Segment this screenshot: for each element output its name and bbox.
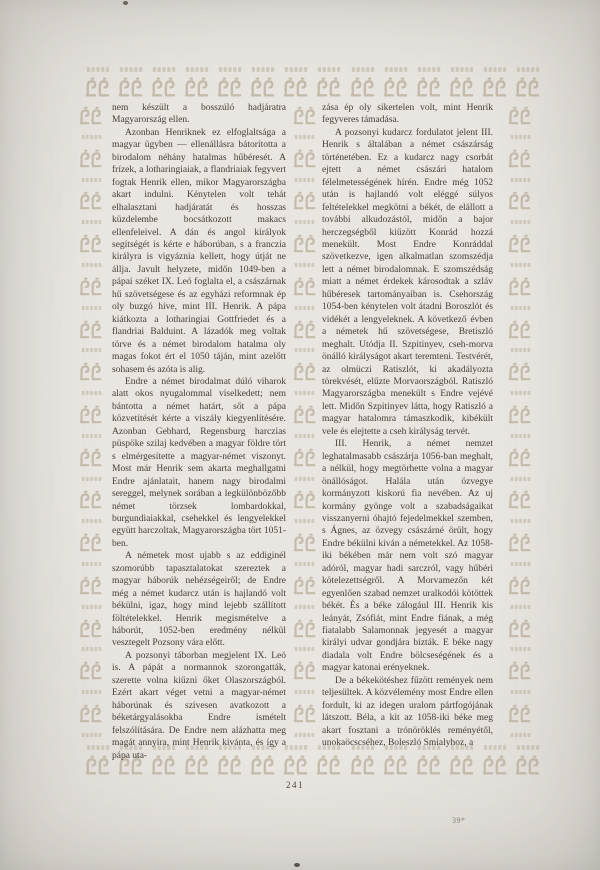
border-ornament-unit — [448, 744, 476, 782]
border-ornament-unit — [382, 744, 410, 782]
tick-bar-ornament-icon — [218, 66, 242, 73]
folk-scroll-motif-icon — [183, 76, 211, 98]
folk-scroll-motif-icon — [507, 619, 533, 638]
tick-bar-ornament-icon — [86, 66, 110, 73]
border-ornament-unit — [514, 744, 542, 782]
border-ornament-unit — [150, 66, 178, 104]
paragraph: III. Henrik, a német nemzet leghatalmasa… — [322, 438, 493, 675]
folk-scroll-motif-icon — [507, 533, 533, 552]
folk-scroll-motif-icon — [514, 76, 542, 98]
ornament-border-top — [84, 66, 542, 104]
folk-scroll-motif-icon — [292, 619, 318, 638]
border-ornament-unit — [216, 66, 244, 104]
tick-bar-ornament-icon — [510, 518, 531, 524]
ornament-border-left — [76, 106, 106, 738]
signature-mark: 39* — [452, 816, 466, 825]
folk-scroll-motif-icon — [507, 576, 533, 595]
tick-bar-ornament-icon — [294, 646, 315, 652]
tick-bar-ornament-icon — [81, 604, 102, 610]
folk-scroll-motif-icon — [78, 191, 104, 210]
folk-scroll-motif-icon — [507, 661, 533, 680]
folk-scroll-motif-icon — [507, 405, 533, 424]
tick-bar-ornament-icon — [81, 561, 102, 567]
border-ornament-unit — [349, 66, 377, 104]
border-ornament-unit — [249, 66, 277, 104]
tick-bar-ornament-icon — [450, 66, 474, 73]
tick-bar-ornament-icon — [294, 219, 315, 225]
tick-bar-ornament-icon — [294, 689, 315, 695]
folk-scroll-motif-icon — [507, 320, 533, 339]
border-ornament-unit — [382, 66, 410, 104]
book-page-photo: nem készült a bosszúló hadjáratra Magyar… — [0, 0, 600, 870]
folk-scroll-motif-icon — [507, 234, 533, 253]
border-ornament-unit — [349, 744, 377, 782]
tick-bar-ornament-icon — [510, 134, 531, 140]
border-ornament-unit — [481, 66, 509, 104]
tick-bar-ornament-icon — [294, 732, 315, 738]
tick-bar-ornament-icon — [152, 66, 176, 73]
tick-bar-ornament-icon — [294, 305, 315, 311]
folk-scroll-motif-icon — [282, 754, 310, 776]
border-ornament-unit — [282, 744, 310, 782]
border-ornament-unit — [448, 66, 476, 104]
folk-scroll-motif-icon — [78, 619, 104, 638]
paragraph: A pozsonyi táborban megjelent IX. Leó is… — [112, 650, 286, 762]
tick-bar-ornament-icon — [81, 305, 102, 311]
tick-bar-ornament-icon — [81, 689, 102, 695]
tick-bar-ornament-icon — [81, 219, 102, 225]
folk-scroll-motif-icon — [292, 149, 318, 168]
folk-scroll-motif-icon — [78, 149, 104, 168]
tick-bar-ornament-icon — [510, 305, 531, 311]
folk-scroll-motif-icon — [292, 576, 318, 595]
tick-bar-ornament-icon — [294, 561, 315, 567]
paragraph: A pozsonyi kudarcz fordulatot jelent III… — [322, 127, 493, 438]
folk-scroll-motif-icon — [78, 490, 104, 509]
folk-scroll-motif-icon — [415, 754, 443, 776]
folk-scroll-motif-icon — [216, 76, 244, 98]
tick-bar-ornament-icon — [81, 177, 102, 183]
tick-bar-ornament-icon — [510, 433, 531, 439]
tick-bar-ornament-icon — [294, 262, 315, 268]
tick-bar-ornament-icon — [294, 518, 315, 524]
tick-bar-ornament-icon — [294, 177, 315, 183]
folk-scroll-motif-icon — [78, 362, 104, 381]
border-ornament-unit — [415, 744, 443, 782]
folk-scroll-motif-icon — [507, 191, 533, 210]
folk-scroll-motif-icon — [78, 661, 104, 680]
tick-bar-ornament-icon — [510, 561, 531, 567]
tick-bar-ornament-icon — [294, 347, 315, 353]
tick-bar-ornament-icon — [510, 177, 531, 183]
folk-scroll-motif-icon — [507, 149, 533, 168]
border-ornament-unit — [282, 66, 310, 104]
tick-bar-ornament-icon — [81, 390, 102, 396]
folk-scroll-motif-icon — [292, 106, 318, 125]
tick-bar-ornament-icon — [284, 66, 308, 73]
tick-bar-ornament-icon — [510, 262, 531, 268]
folk-scroll-motif-icon — [292, 234, 318, 253]
folk-scroll-motif-icon — [349, 754, 377, 776]
tick-bar-ornament-icon — [417, 66, 441, 73]
border-ornament-unit — [481, 744, 509, 782]
tick-bar-ornament-icon — [510, 347, 531, 353]
border-ornament-unit — [315, 66, 343, 104]
folk-scroll-motif-icon — [382, 754, 410, 776]
tick-bar-ornament-icon — [294, 390, 315, 396]
dust-speck — [123, 1, 128, 5]
tick-bar-ornament-icon — [510, 390, 531, 396]
folk-scroll-motif-icon — [507, 277, 533, 296]
tick-bar-ornament-icon — [81, 646, 102, 652]
tick-bar-ornament-icon — [351, 66, 375, 73]
tick-bar-ornament-icon — [294, 604, 315, 610]
folk-scroll-motif-icon — [292, 277, 318, 296]
folk-scroll-motif-icon — [292, 704, 318, 723]
folk-scroll-motif-icon — [292, 320, 318, 339]
tick-bar-ornament-icon — [81, 347, 102, 353]
border-ornament-unit — [183, 66, 211, 104]
tick-bar-ornament-icon — [510, 219, 531, 225]
folk-scroll-motif-icon — [382, 76, 410, 98]
folk-scroll-motif-icon — [78, 277, 104, 296]
folk-scroll-motif-icon — [292, 533, 318, 552]
text-column-right: zása ép oly sikertelen volt, mint Henrik… — [322, 102, 493, 750]
tick-bar-ornament-icon — [294, 476, 315, 482]
folk-scroll-motif-icon — [292, 362, 318, 381]
folk-scroll-motif-icon — [448, 754, 476, 776]
tick-bar-ornament-icon — [516, 66, 540, 73]
paragraph: Endre a német birodalmat dúló viharok al… — [112, 376, 286, 550]
tick-bar-ornament-icon — [251, 66, 275, 73]
paragraph: A németek most ujabb s az eddiginél szom… — [112, 550, 286, 650]
folk-scroll-motif-icon — [292, 191, 318, 210]
folk-scroll-motif-icon — [78, 234, 104, 253]
folk-scroll-motif-icon — [481, 76, 509, 98]
folk-scroll-motif-icon — [78, 448, 104, 467]
folk-scroll-motif-icon — [415, 76, 443, 98]
folk-scroll-motif-icon — [292, 661, 318, 680]
tick-bar-ornament-icon — [81, 433, 102, 439]
folk-scroll-motif-icon — [78, 576, 104, 595]
tick-bar-ornament-icon — [294, 134, 315, 140]
tick-bar-ornament-icon — [81, 518, 102, 524]
border-ornament-unit — [415, 66, 443, 104]
folk-scroll-motif-icon — [78, 320, 104, 339]
tick-bar-ornament-icon — [384, 66, 408, 73]
tick-bar-ornament-icon — [510, 646, 531, 652]
folk-scroll-motif-icon — [292, 490, 318, 509]
folk-scroll-motif-icon — [282, 76, 310, 98]
tick-bar-ornament-icon — [510, 604, 531, 610]
folk-scroll-motif-icon — [507, 490, 533, 509]
page-number: 241 — [240, 780, 350, 790]
folk-scroll-motif-icon — [84, 754, 112, 776]
folk-scroll-motif-icon — [481, 754, 509, 776]
tick-bar-ornament-icon — [81, 476, 102, 482]
border-ornament-unit — [84, 744, 112, 782]
dust-speck — [294, 863, 300, 867]
tick-bar-ornament-icon — [510, 689, 531, 695]
folk-scroll-motif-icon — [292, 405, 318, 424]
tick-bar-ornament-icon — [185, 66, 209, 73]
paragraph: Azonban Henriknek ez elfoglaltsága a mag… — [112, 127, 286, 376]
folk-scroll-motif-icon — [507, 362, 533, 381]
tick-bar-ornament-icon — [294, 433, 315, 439]
folk-scroll-motif-icon — [78, 106, 104, 125]
folk-scroll-motif-icon — [292, 448, 318, 467]
paragraph: De a békekötéshez fűzött remények nem te… — [322, 675, 493, 750]
folk-scroll-motif-icon — [507, 704, 533, 723]
tick-bar-ornament-icon — [483, 66, 507, 73]
tick-bar-ornament-icon — [81, 134, 102, 140]
folk-scroll-motif-icon — [507, 448, 533, 467]
tick-bar-ornament-icon — [86, 744, 110, 751]
folk-scroll-motif-icon — [249, 76, 277, 98]
folk-scroll-motif-icon — [84, 76, 112, 98]
tick-bar-ornament-icon — [516, 744, 540, 751]
tick-bar-ornament-icon — [81, 262, 102, 268]
tick-bar-ornament-icon — [81, 732, 102, 738]
folk-scroll-motif-icon — [507, 106, 533, 125]
ornament-border-gutter — [291, 106, 318, 738]
folk-scroll-motif-icon — [150, 76, 178, 98]
folk-scroll-motif-icon — [349, 76, 377, 98]
folk-scroll-motif-icon — [315, 76, 343, 98]
folk-scroll-motif-icon — [315, 754, 343, 776]
text-column-left: nem készült a bosszúló hadjáratra Magyar… — [112, 102, 286, 762]
border-ornament-unit — [315, 744, 343, 782]
folk-scroll-motif-icon — [78, 704, 104, 723]
folk-scroll-motif-icon — [448, 76, 476, 98]
paragraph: nem készült a bosszúló hadjáratra Magyar… — [112, 102, 286, 127]
tick-bar-ornament-icon — [510, 732, 531, 738]
paragraph: zása ép oly sikertelen volt, mint Henrik… — [322, 102, 493, 127]
border-ornament-unit — [84, 66, 112, 104]
ornament-border-right — [504, 106, 536, 738]
folk-scroll-motif-icon — [514, 754, 542, 776]
folk-scroll-motif-icon — [78, 533, 104, 552]
tick-bar-ornament-icon — [317, 66, 341, 73]
border-ornament-unit — [117, 66, 145, 104]
border-ornament-unit — [514, 66, 542, 104]
tick-bar-ornament-icon — [284, 744, 308, 751]
folk-scroll-motif-icon — [117, 76, 145, 98]
tick-bar-ornament-icon — [119, 66, 143, 73]
tick-bar-ornament-icon — [510, 476, 531, 482]
folk-scroll-motif-icon — [78, 405, 104, 424]
